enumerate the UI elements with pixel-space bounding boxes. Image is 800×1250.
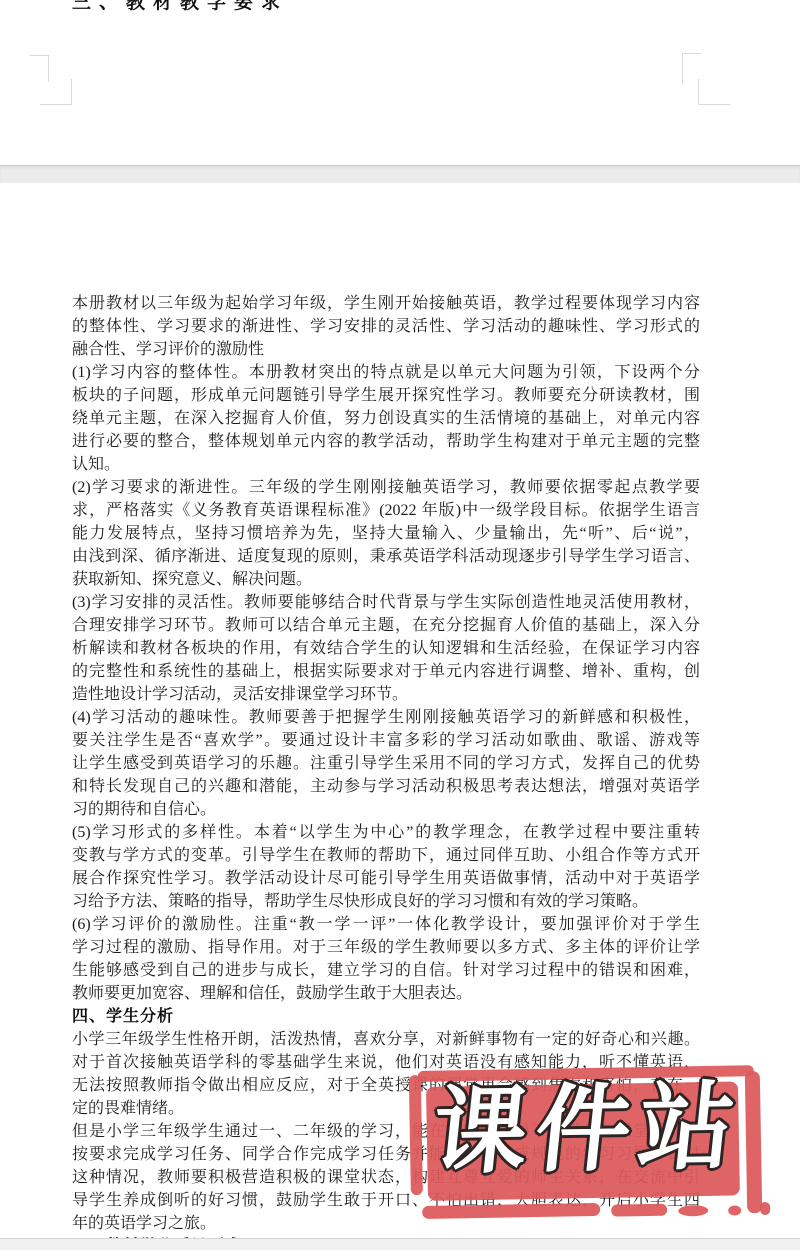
- stamp-border-left: [409, 1075, 423, 1195]
- text-line: 学习过程的激励、指导作用。对于三年级的学生教师要以多方式、多主体的评价让学: [72, 936, 700, 959]
- text-line: 习给予方法、策略的指导，帮助学生尽快形成良好的学习习惯和有效的学习策略。: [72, 890, 700, 913]
- page-separator: [0, 165, 800, 184]
- text-line: 板块的子问题，形成单元问题链引导学生展开探究性学习。教师要充分研读教材，围: [72, 384, 700, 407]
- stamp-border-bottom-dot: [760, 1202, 770, 1215]
- text-line: 能力发展特点，坚持习惯培养为先，坚持大量输入、少量输出，先“听”、后“说”，: [72, 522, 700, 545]
- text-line: 进行必要的整合，整体规划单元内容的教学活动，帮助学生构建对于单元主题的完整: [72, 430, 700, 453]
- stamp-text: 课件站: [427, 1073, 778, 1187]
- margin-crop-mark-bottom-left: [30, 55, 49, 82]
- next-page-separator: [0, 1238, 800, 1250]
- watermark-stamp: 课件站: [404, 1059, 779, 1227]
- stamp-border-bottom-dot: [728, 1205, 741, 1215]
- text-line: 的整体性、学习要求的渐进性、学习安排的灵活性、学习活动的趣味性、学习形式的: [72, 315, 700, 338]
- page-1-bottom: 三、教材教学要求: [0, 0, 800, 165]
- text-line: (1)学习内容的整体性。本册教材突出的特点就是以单元大问题为引领，下设两个分: [72, 361, 700, 384]
- text-line: 获取新知、探究意义、解决问题。: [72, 568, 700, 591]
- text-line: 造性地设计学习活动，灵活安排课堂学习环节。: [72, 683, 700, 706]
- text-line: 四、学生分析: [72, 1005, 700, 1028]
- text-line: 习的期待和自信心。: [72, 798, 700, 821]
- text-line: 认知。: [72, 453, 700, 476]
- margin-crop-mark-top-left: [40, 79, 72, 105]
- section-heading-clipped: 三、教材教学要求: [72, 0, 288, 14]
- text-line: 的完整性和系统性的基础上，根据实际要求对于单元内容进行调整、增补、重构，创: [72, 660, 700, 683]
- margin-crop-mark-top-right: [698, 79, 730, 105]
- text-line: (2)学习要求的渐进性。三年级的学生刚刚接触英语学习，教师要依据零起点教学要: [72, 476, 700, 499]
- text-line: 变教与学方式的变革。引导学生在教师的帮助下，通过同伴互助、小组合作等方式开: [72, 844, 700, 867]
- text-line: (4)学习活动的趣味性。教师要善于把握学生刚刚接触英语学习的新鲜感和积极性，: [72, 706, 700, 729]
- text-line: 由浅到深、循序渐进、适度复现的原则，秉承英语学科活动现逐步引导学生学习语言、: [72, 545, 700, 568]
- text-line: 融合性、学习评价的激励性: [72, 338, 700, 361]
- text-line: 让学生感受到英语学习的乐趣。注重引导学生采用不同的学习方式，发挥自己的优势: [72, 752, 700, 775]
- text-line: 析解读和教材各板块的作用，有效结合学生的认知逻辑和生活经验，在保证学习内容: [72, 637, 700, 660]
- text-line: (6)学习评价的激励性。注重“教一学一评”一体化教学设计，要加强评价对于学生: [72, 913, 700, 936]
- stamp-border-bottom-dash: [678, 1205, 708, 1217]
- text-line: 教师要更加宽容、理解和信任，鼓励学生敢于大胆表达。: [72, 982, 700, 1005]
- text-line: 要关注学生是否“喜欢学”。要通过设计丰富多彩的学习活动如歌曲、歌谣、游戏等: [72, 729, 700, 752]
- text-line: 求，严格落实《义务教育英语课程标准》(2022 年版)中一级学段目标。依据学生语…: [72, 499, 700, 522]
- text-line: (5)学习形式的多样性。本着“以学生为中心”的教学理念，在教学过程中要注重转: [72, 821, 700, 844]
- text-line: 小学三年级学生性格开朗，活泼热情，喜欢分享，对新鲜事物有一定的好奇心和兴趣。: [72, 1028, 700, 1051]
- text-line: 本册教材以三年级为起始学习年级，学生刚开始接触英语，教学过程要体现学习内容: [72, 292, 700, 315]
- text-line: 合理安排学习环节。教师可以结合单元主题，在充分挖掘育人价值的基础上，深入分: [72, 614, 700, 637]
- stamp-border-bottom-dash: [611, 1204, 667, 1217]
- stamp-border-bottom-dash: [422, 1203, 600, 1219]
- text-line: 绕单元主题，在深入挖掘育人价值，努力创设真实的生活情境的基础上，对单元内容: [72, 407, 700, 430]
- text-line: 和特长发现自己的兴趣和潜能，主动参与学习活动积极思考表达想法，增强对英语学: [72, 775, 700, 798]
- text-line: (3)学习安排的灵活性。教师要能够结合时代背景与学生实际创造性地灵活使用教材，: [72, 591, 700, 614]
- text-line: 生能够感受到自己的进步与成长，建立学习的自信。针对学习过程中的错误和困难，: [72, 959, 700, 982]
- text-line: 展合作探究性学习。教学活动设计尽可能引导学生用英语做事情，活动中对于英语学: [72, 867, 700, 890]
